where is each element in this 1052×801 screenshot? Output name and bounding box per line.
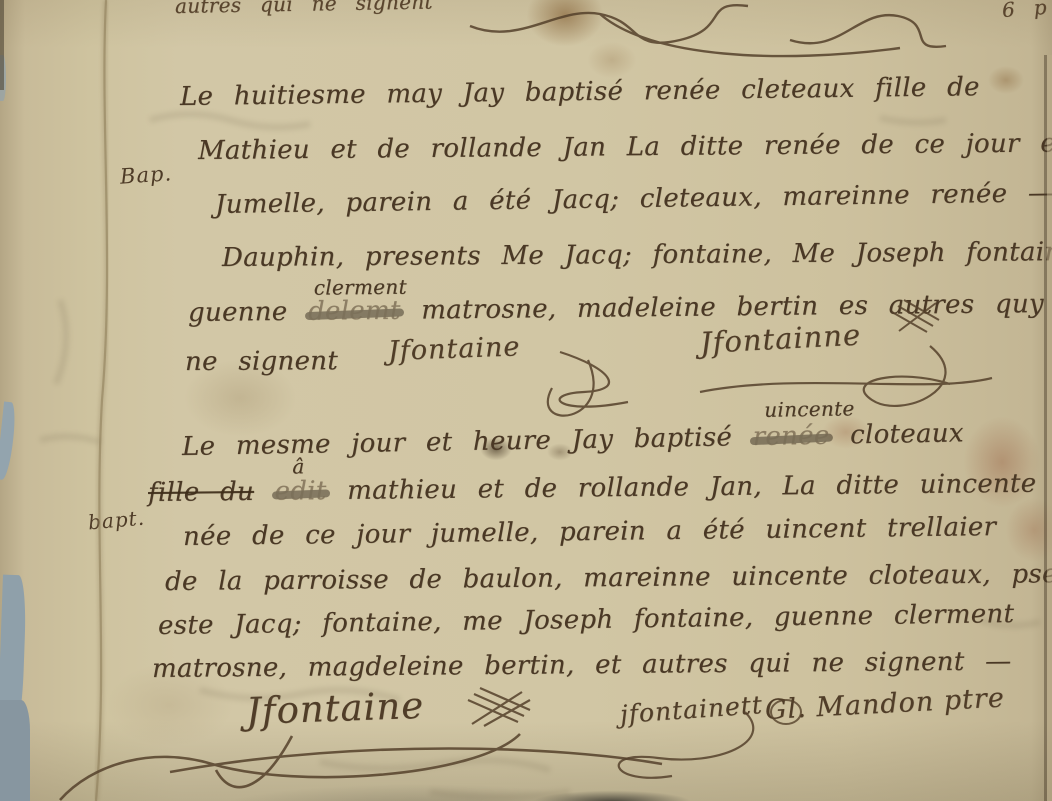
signature: Jfontaine — [387, 331, 520, 367]
top-flourish — [470, 5, 946, 56]
text-line: Mathieu et de rollande Jan La ditte rené… — [198, 128, 1052, 166]
text-line-with-correction: fille du edit â mathieu et de rollande J… — [148, 469, 1037, 508]
torn-edge-patch — [0, 700, 30, 801]
margin-note-baptism: Bap. — [119, 161, 173, 189]
text-line: Le huitiesme may Jay baptisé renée clete… — [180, 72, 980, 112]
strikethrough-word: edit — [274, 476, 326, 507]
text-line: este Jacq; fontaine, me Joseph fontaine,… — [158, 599, 1015, 641]
signature: jfontainett — [619, 690, 764, 729]
paper-page: autres qui ne signent 6 p Bap. Le huitie… — [0, 0, 1052, 801]
torn-edge-patch — [0, 0, 4, 90]
correction: delemt clerment — [308, 296, 401, 327]
text-line-with-correction: guenne delemt clerment matrosne, madelei… — [188, 289, 1052, 328]
inserted-word: uincente — [764, 396, 855, 422]
text-segment: matrosne, madeleine bertin es autres quy… — [421, 289, 1052, 326]
text-line: née de ce jour jumelle, parein a été uin… — [183, 512, 997, 552]
inserted-word: â — [292, 454, 304, 478]
crosshatch — [468, 688, 530, 726]
text-line: ne signent — [185, 346, 338, 377]
text-segment: cloteaux — [850, 418, 964, 450]
text-line: de la parroisse de baulon, mareinne uinc… — [165, 559, 1052, 597]
binding-crease — [96, 0, 107, 801]
signature: Jfontaine — [245, 684, 425, 733]
strikethrough-word: delemt — [308, 296, 401, 327]
correction: edit â — [274, 476, 326, 507]
top-line-fragment: autres qui ne signent — [175, 0, 433, 18]
text-line: Dauphin, presents Me Jacq; fontaine, Me … — [222, 237, 1052, 273]
signature: Jfontainne — [699, 318, 862, 360]
struck-text-segment: fille du — [148, 477, 254, 508]
torn-edge-patch — [0, 402, 17, 481]
text-segment: mathieu et de rollande Jan, La ditte uin… — [347, 469, 1037, 506]
strikethrough-word: renée — [752, 421, 829, 452]
signature: Gl. Mandon ptre — [764, 682, 1005, 726]
page-corner-mark: 6 p — [1001, 0, 1047, 22]
inserted-word: clerment — [314, 275, 407, 300]
signature-flourish — [548, 352, 628, 416]
margin-note-baptism: bapt. — [87, 506, 146, 535]
correction: renée uincente — [752, 421, 829, 452]
text-line: matrosne, magdeleine bertin, et autres q… — [152, 647, 1012, 684]
text-segment: guenne — [188, 297, 288, 328]
text-segment: Le mesme jour et heure Jay baptisé — [182, 422, 733, 462]
text-line: Jumelle, parein a été Jacq; cleteaux, ma… — [215, 178, 1052, 220]
page-edge-right-margin — [1047, 55, 1052, 801]
